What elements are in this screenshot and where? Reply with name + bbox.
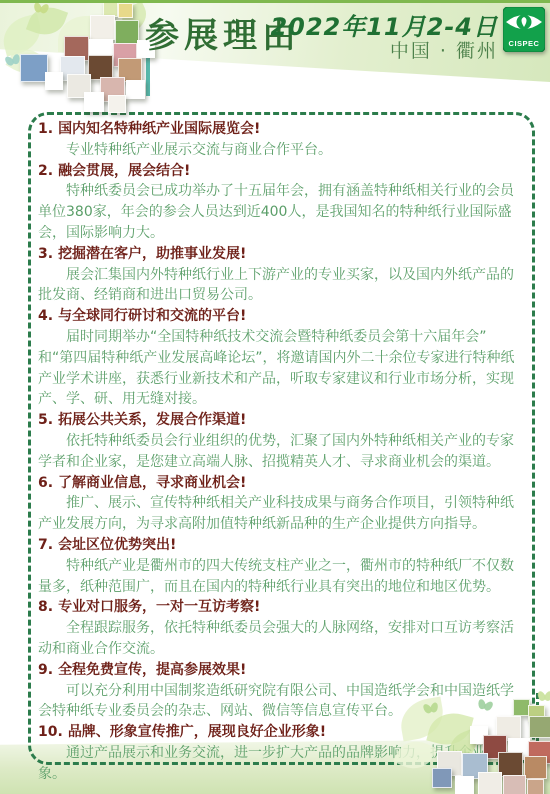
photo-tile [118,58,142,82]
reason-item: 9.全程免费宣传，提高参展效果!可以充分利用中国制浆造纸研究院有限公司、中国造纸… [38,660,526,722]
reason-number: 8. [38,599,53,615]
reason-title: 8.专业对口服务，一对一互访考察! [38,597,526,618]
reason-title: 3.挖掘潜在客户，助推事业发展! [38,244,526,265]
reason-title-text: 与全球同行研讨和交流的平台! [58,308,246,324]
reason-title: 1.国内知名特种纸产业国际展览会! [38,119,526,140]
photo-tile [100,77,125,102]
event-location: 中国 · 衢州 [390,36,498,63]
reason-number: 2. [38,163,53,179]
reason-title: 9.全程免费宣传，提高参展效果! [38,660,526,681]
reason-title: 5.拓展公共关系，发展合作渠道! [38,410,526,431]
reason-body: 专业特种纸产业展示交流与商业合作平台。 [38,140,526,161]
reason-title-text: 会址区位优势突出! [58,537,176,553]
reason-number: 3. [38,246,53,262]
reason-body: 展会汇集国内外特种纸行业上下游产业的专业买家，以及国内外纸产品的批发商、经销商和… [38,265,526,307]
photo-tile [67,74,91,98]
reason-item: 3.挖掘潜在客户，助推事业发展!展会汇集国内外特种纸行业上下游产业的专业买家，以… [38,244,526,306]
butterfly-icon [5,53,22,68]
reason-number: 9. [38,662,53,678]
reason-item: 7.会址区位优势突出!特种纸产业是衢州市的四大传统支柱产业之一，衢州市的特种纸厂… [38,535,526,597]
photo-tile [108,95,126,113]
reason-body: 通过产品展示和业务交流，进一步扩大产品的品牌影响力，提升企业形象。 [38,743,526,785]
flyer-page: 参展理由 2022年11月2-4日 中国 · 衢州 CISPEC 1.国内知名特… [0,0,550,794]
cispec-logo: CISPEC [503,7,545,52]
reason-body: 特种纸委员会已成功举办了十五届年会，拥有涵盖特种纸相关行业的会员单位380家，年… [38,181,526,243]
reason-item: 1.国内知名特种纸产业国际展览会!专业特种纸产业展示交流与商业合作平台。 [38,119,526,161]
reason-item: 8.专业对口服务，一对一互访考察!全程跟踪服务，依托特种纸委员会强大的人脉网络，… [38,597,526,659]
reason-item: 6.了解商业信息，寻求商业机会!推广、展示、宣传特种纸相关产业科技成果与商务合作… [38,473,526,535]
reason-item: 5.拓展公共关系，发展合作渠道!依托特种纸委员会行业组织的优势，汇聚了国内外特种… [38,410,526,472]
photo-tile [88,55,113,80]
reason-title-text: 专业对口服务，一对一互访考察! [58,599,260,615]
reason-item: 2.融会贯展，展会结合!特种纸委员会已成功举办了十五届年会，拥有涵盖特种纸相关行… [38,161,526,244]
reason-body: 全程跟踪服务，依托特种纸委员会强大的人脉网络，安排对口互访考察活动和商业合作交流… [38,618,526,660]
reason-title-text: 国内知名特种纸产业国际展览会! [58,121,260,137]
reason-title: 7.会址区位优势突出! [38,535,526,556]
reason-number: 4. [38,308,53,324]
reason-body: 推广、展示、宣传特种纸相关产业科技成果与商务合作项目，引领特种纸产业发展方向，为… [38,493,526,535]
reason-body: 特种纸产业是衢州市的四大传统支柱产业之一，衢州市的特种纸厂不仅数量多，纸种范围广… [38,556,526,598]
cispec-logo-text: CISPEC [509,39,540,48]
reason-item: 10.品牌、形象宣传推广，展现良好企业形象!通过产品展示和业务交流，进一步扩大产… [38,722,526,784]
photo-tile [126,80,145,99]
reason-number: 7. [38,537,53,553]
reason-number: 10. [38,724,63,740]
reason-title-text: 了解商业信息，寻求商业机会! [58,475,246,491]
reason-body: 可以充分利用中国制浆造纸研究院有限公司、中国造纸学会和中国造纸学会特种纸专业委员… [38,681,526,723]
reason-title-text: 拓展公共关系，发展合作渠道! [58,412,246,428]
reason-title-text: 挖掘潜在客户，助推事业发展! [58,246,246,262]
photo-tile [60,56,85,81]
teal-accent-line [146,56,150,96]
reason-title-text: 品牌、形象宣传推广，展现良好企业形象! [68,724,326,740]
photo-tile [20,54,48,82]
reason-item: 4.与全球同行研讨和交流的平台!届时同期举办“全国特种纸技术交流会暨特种纸委员会… [38,306,526,410]
reason-title-text: 融会贯展，展会结合! [58,163,190,179]
reason-body: 届时同期举办“全国特种纸技术交流会暨特种纸委员会第十六届年会” 和“第四届特种纸… [38,327,526,410]
reason-title-text: 全程免费宣传，提高参展效果! [58,662,246,678]
reason-number: 5. [38,412,53,428]
photo-tile [45,72,63,90]
reason-body: 依托特种纸委员会行业组织的优势，汇聚了国内外特种纸相关产业的专家学者和企业家，是… [38,431,526,473]
reasons-list: 1.国内知名特种纸产业国际展览会!专业特种纸产业展示交流与商业合作平台。2.融会… [38,119,526,785]
reason-title: 10.品牌、形象宣传推广，展现良好企业形象! [38,722,526,743]
butterfly-icon [538,691,550,703]
reason-title: 2.融会贯展，展会结合! [38,161,526,182]
reason-title: 6.了解商业信息，寻求商业机会! [38,473,526,494]
reason-number: 1. [38,121,53,137]
header-top-line [0,0,550,3]
reason-title: 4.与全球同行研讨和交流的平台! [38,306,526,327]
reason-number: 6. [38,475,53,491]
photo-tile [84,92,104,112]
